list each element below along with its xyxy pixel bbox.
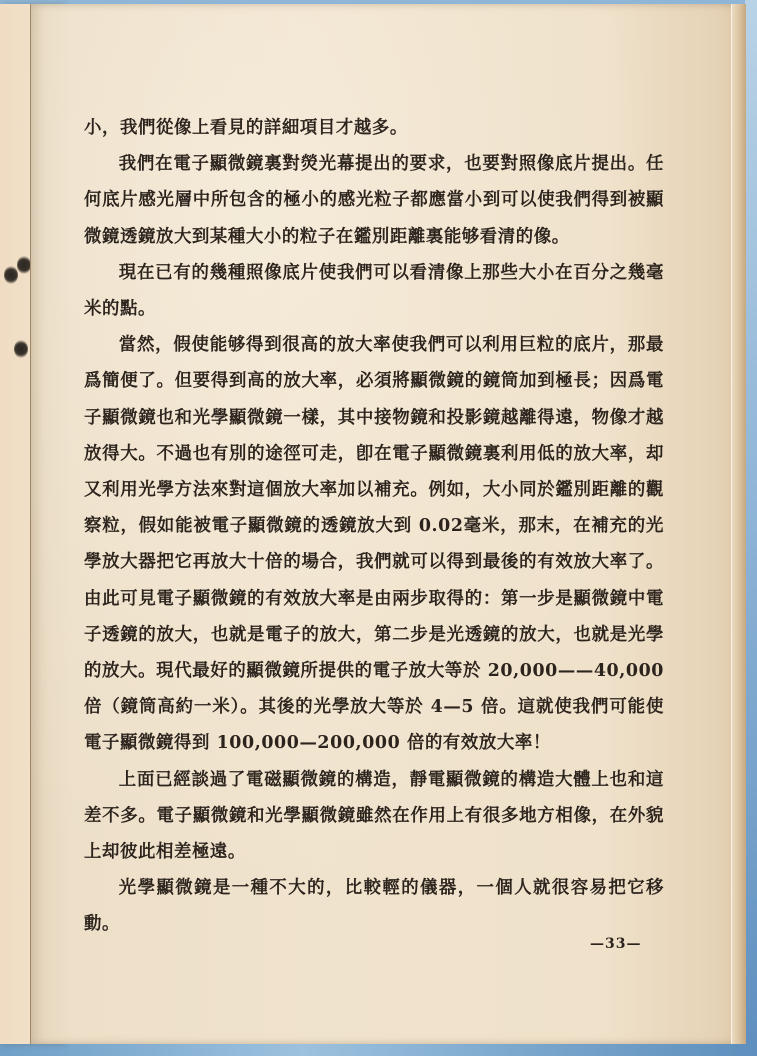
scan-backdrop-bottom — [0, 1042, 757, 1056]
page-number: —33— — [590, 936, 641, 952]
ink-stain — [17, 256, 31, 274]
paragraph-photographic-plate-requirements: 我們在電子顯微鏡裏對熒光幕提出的要求，也要對照像底片提出。任何底片感光層中所包含… — [84, 146, 664, 255]
ink-stain — [14, 340, 28, 358]
paragraph-electrostatic-microscope: 上面已經談過了電磁顯微鏡的構造，靜電顯微鏡的構造大體上也和這差不多。電子顯微鏡和… — [84, 762, 664, 871]
paragraph-continuation: 小，我們從像上看見的詳細項目才越多。 — [84, 110, 664, 146]
paragraph-existing-plates: 現在已有的幾種照像底片使我們可以看清像上那些大小在百分之幾毫米的點。 — [84, 255, 664, 327]
ink-stain — [4, 266, 18, 284]
body-text: 小，我們從像上看見的詳細項目才越多。 我們在電子顯微鏡裏對熒光幕提出的要求，也要… — [84, 110, 664, 943]
paragraph-magnification-steps: 當然，假使能够得到很高的放大率使我們可以利用巨粒的底片，那最爲簡便了。但要得到高… — [84, 327, 664, 761]
scan-backdrop-right — [745, 0, 757, 1056]
paragraph-optical-microscope: 光學顯微鏡是一種不大的，比較輕的儀器，一個人就很容易把它移動。 — [84, 870, 664, 942]
page-fore-edge — [731, 4, 746, 1044]
